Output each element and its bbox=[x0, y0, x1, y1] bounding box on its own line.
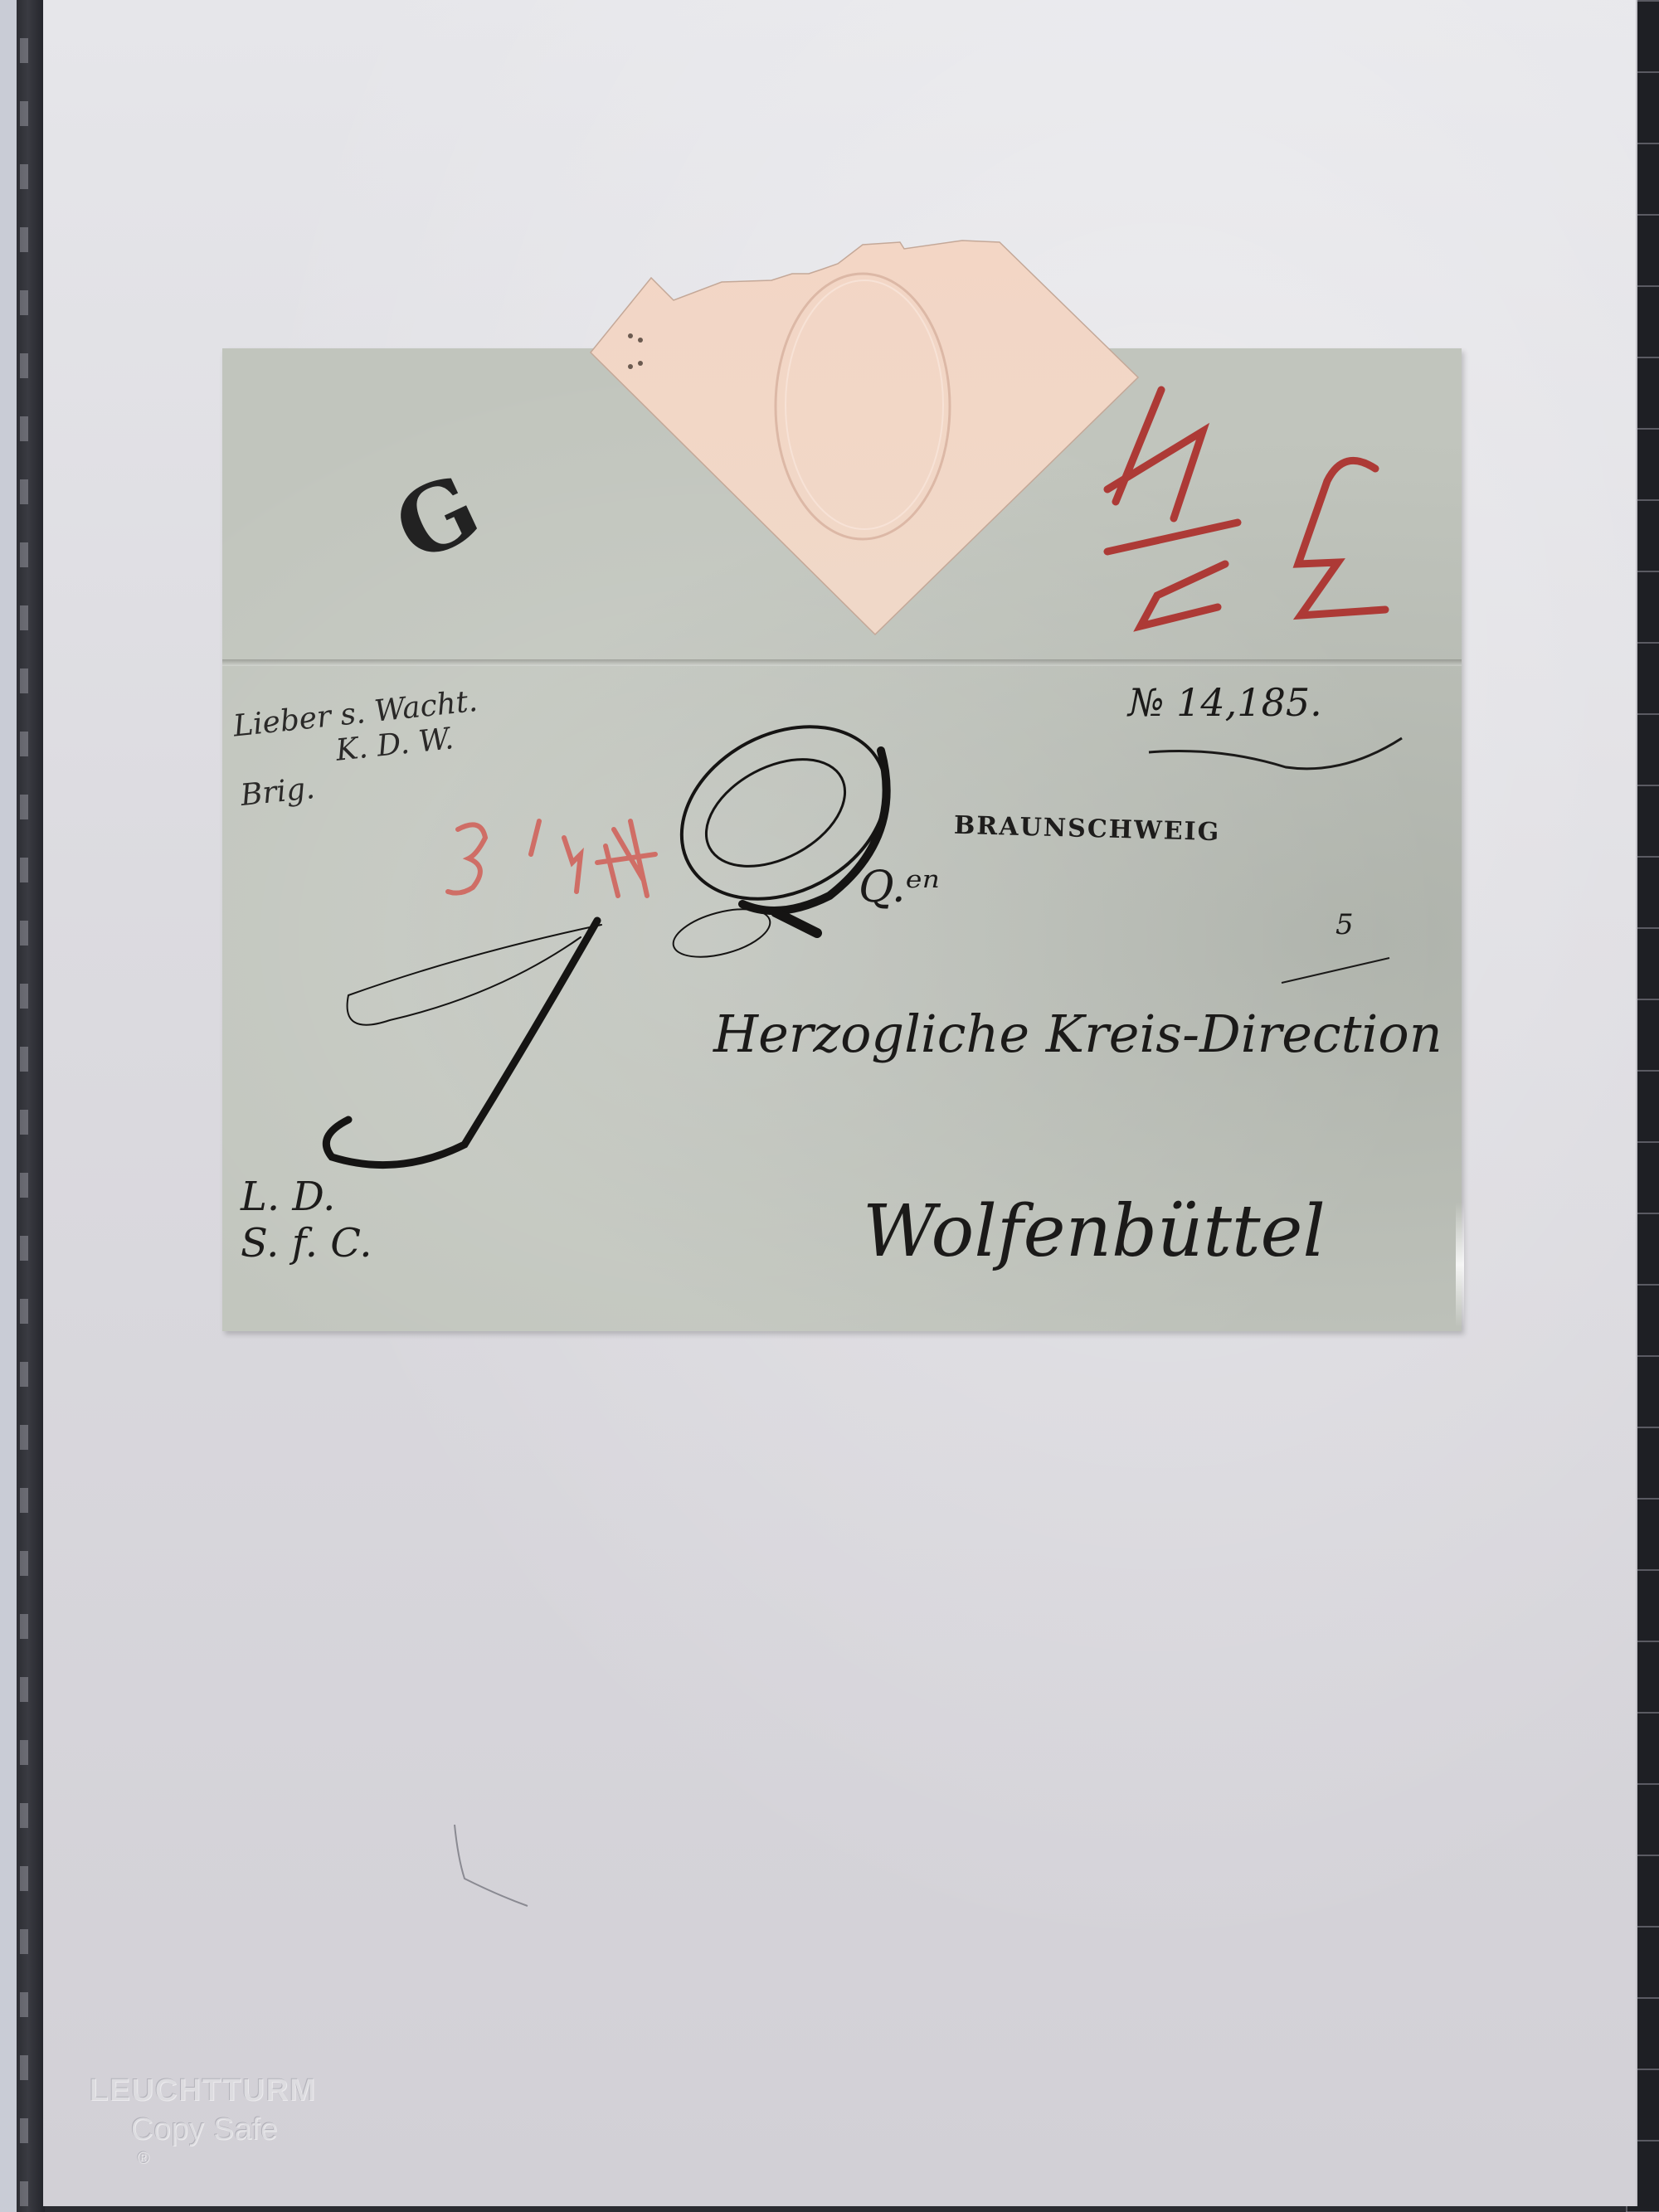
binder-ring-strip bbox=[17, 0, 45, 2212]
sender-initials: L. D. S. f. C. bbox=[241, 1174, 372, 1266]
initials-line-2: S. f. C. bbox=[241, 1220, 372, 1266]
address-prefix: Q.ᵉⁿ bbox=[859, 863, 940, 912]
sleeve-glare bbox=[1456, 1203, 1464, 1327]
registry-number: № 14,185. bbox=[1128, 680, 1322, 725]
watermark-brand: LEUCHTTURM bbox=[90, 2073, 317, 2109]
album-watermark: LEUCHTTURM Copy Safe ® bbox=[90, 2073, 317, 2169]
watermark-product: Copy Safe bbox=[131, 2112, 317, 2148]
addressee: Herzogliche Kreis-Direction bbox=[713, 1004, 1443, 1064]
ink-numeral: 5 bbox=[1335, 908, 1354, 941]
watermark-registered-icon: ® bbox=[138, 2150, 317, 2169]
initials-line-1: L. D. bbox=[241, 1174, 372, 1220]
table-surface bbox=[0, 0, 18, 2212]
destination-city: Wolfenbüttel bbox=[863, 1190, 1326, 1273]
